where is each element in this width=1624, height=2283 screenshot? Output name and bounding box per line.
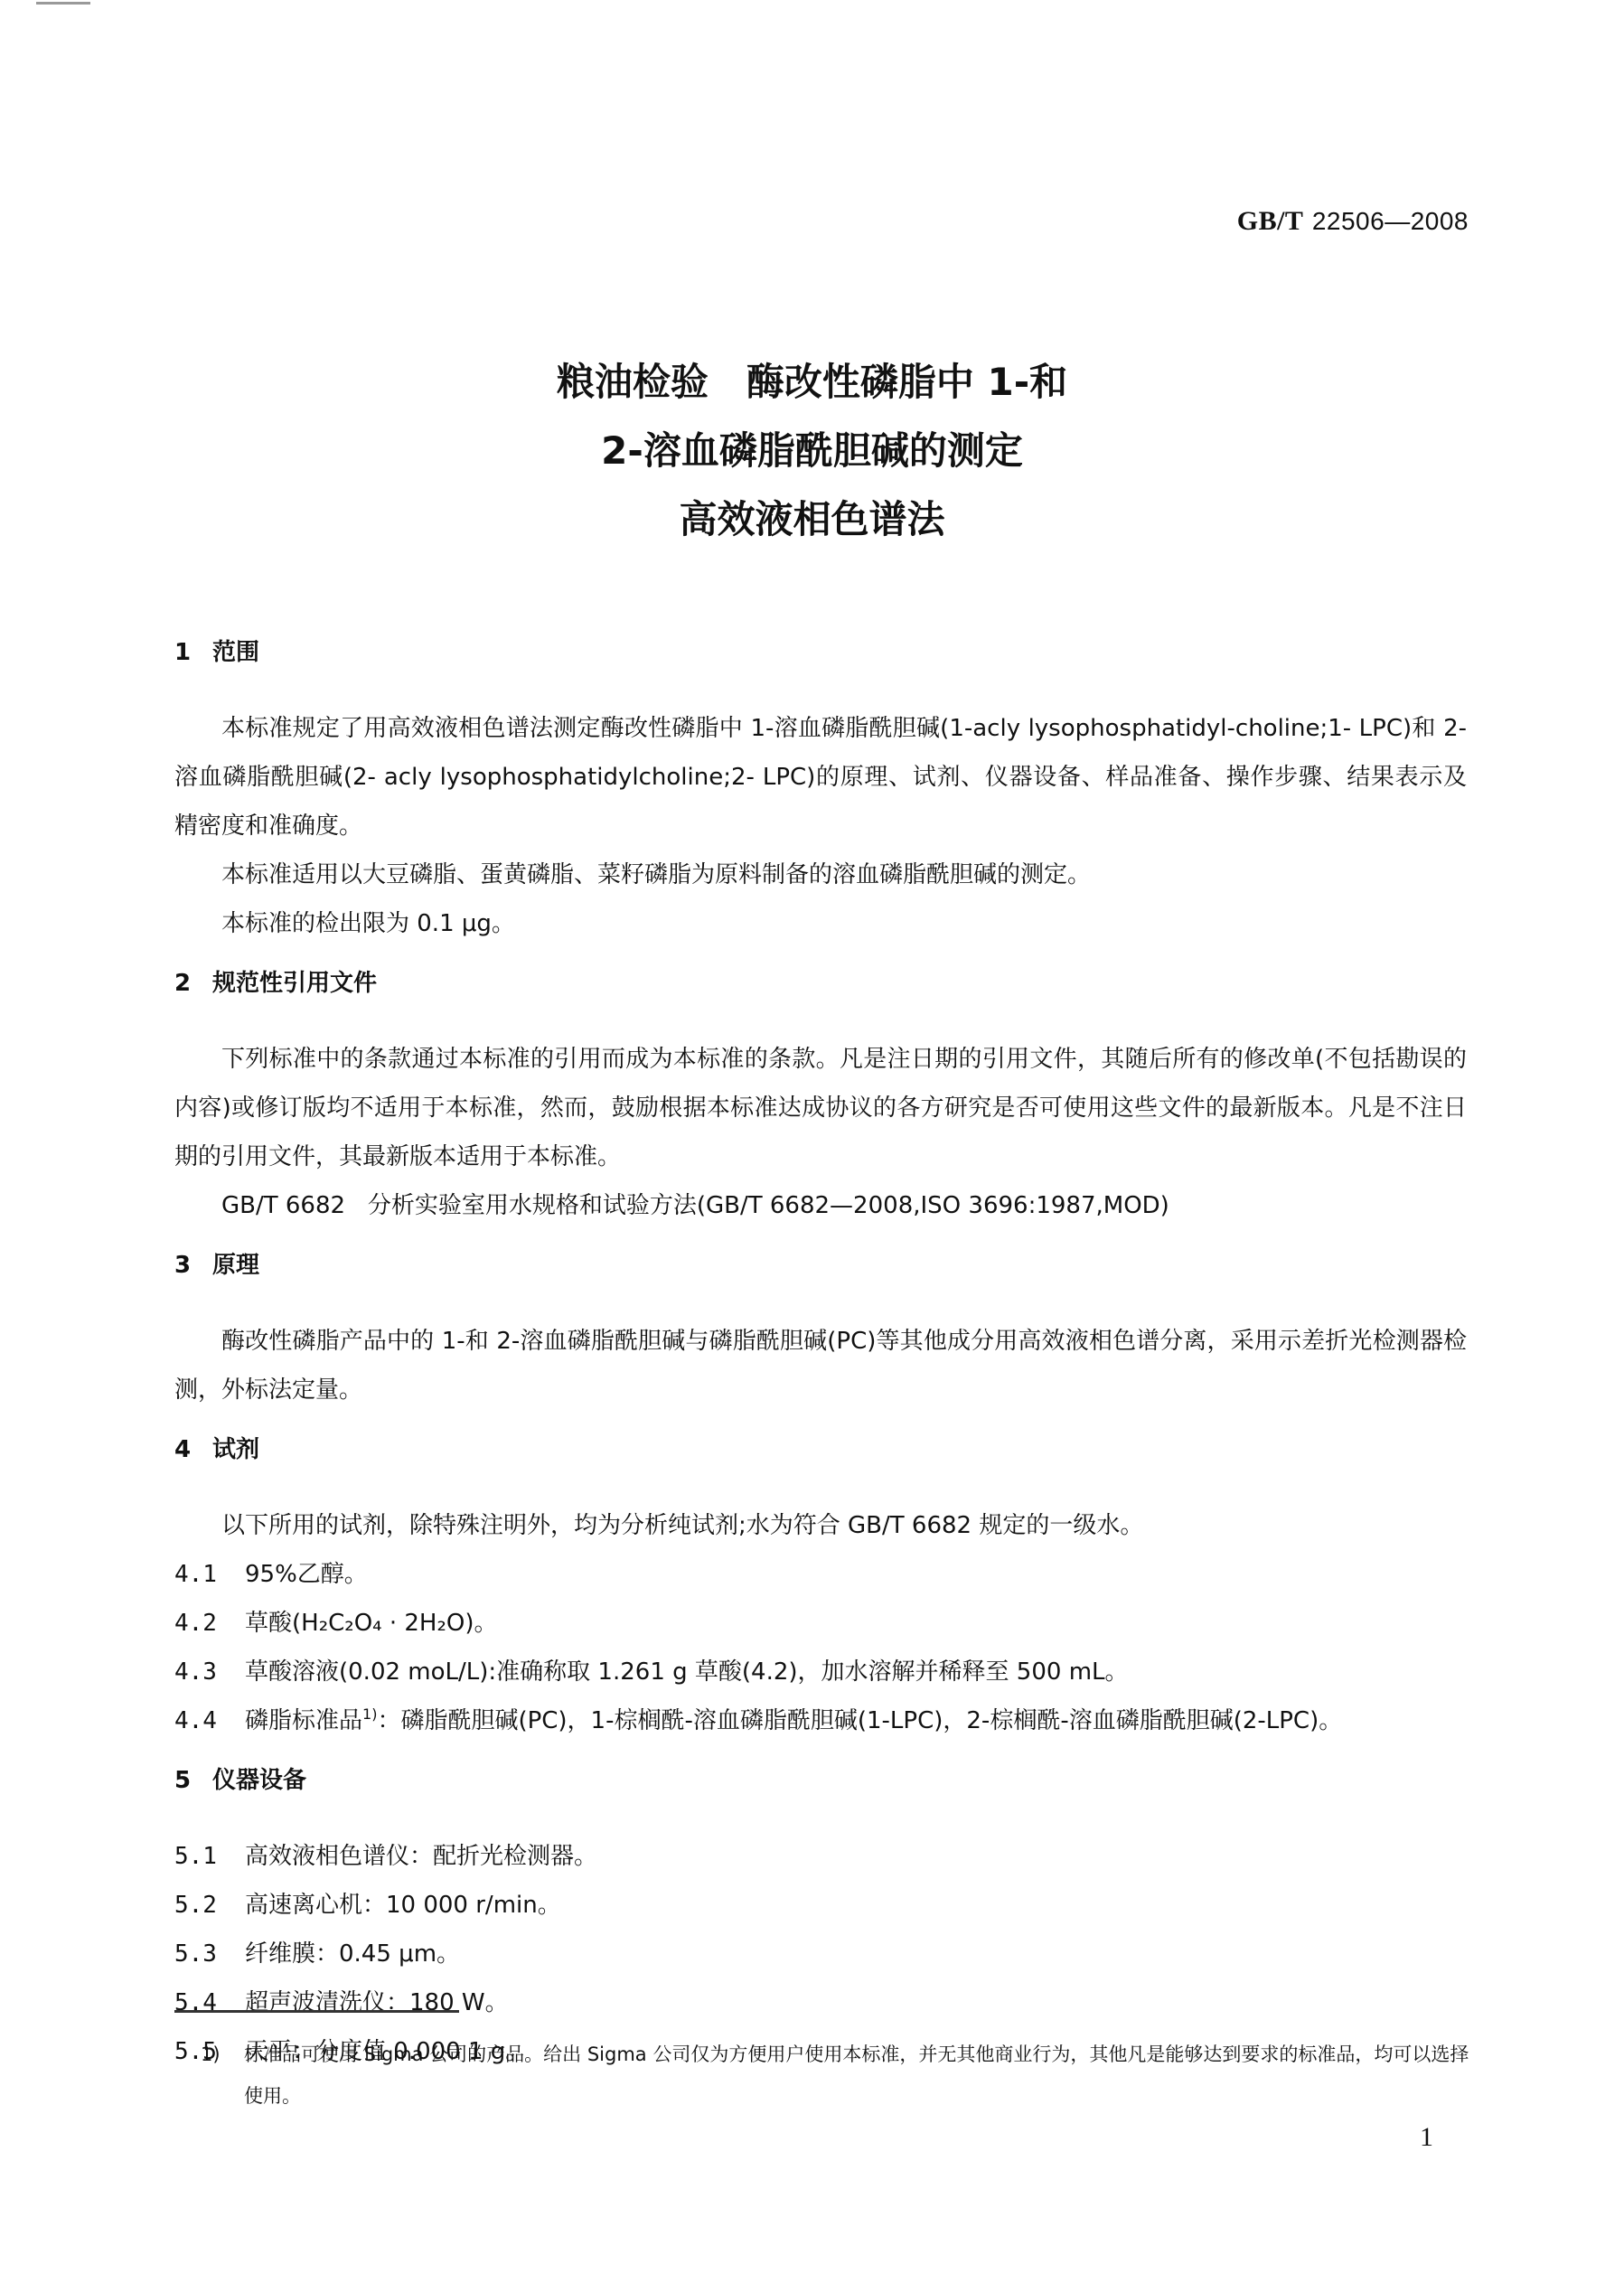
section-number: 2 bbox=[174, 959, 212, 1008]
section-heading-reagents: 4试剂 bbox=[174, 1425, 1467, 1474]
section-heading-apparatus: 5仪器设备 bbox=[174, 1756, 1467, 1805]
section-title: 试剂 bbox=[212, 1436, 259, 1463]
footnote-text: 标准品可使用 Sigma 公司的产品。给出 Sigma 公司仅为方便用户使用本标… bbox=[244, 2043, 1469, 2107]
paragraph: 以下所用的试剂，除特殊注明外，均为分析纯试剂;水为符合 GB/T 6682 规定… bbox=[174, 1501, 1467, 1550]
page-number: 1 bbox=[1420, 2122, 1433, 2153]
list-item: 4.4磷脂标准品1)：磷脂酰胆碱(PC)，1-棕榈酰-溶血磷脂酰胆碱(1-LPC… bbox=[174, 1696, 1467, 1745]
section-heading-principle: 3原理 bbox=[174, 1241, 1467, 1290]
standard-code: GB/T bbox=[1237, 206, 1304, 236]
footnote: 1) 标准品可使用 Sigma 公司的产品。给出 Sigma 公司仅为方便用户使… bbox=[244, 2034, 1473, 2117]
section-title: 范围 bbox=[212, 639, 259, 666]
reference-title: 分析实验室用水规格和试验方法(GB/T 6682—2008,ISO 3696:1… bbox=[368, 1192, 1169, 1219]
item-number: 4.1 bbox=[174, 1550, 245, 1599]
section-number: 3 bbox=[174, 1241, 212, 1290]
item-text: 高效液相色谱仪：配折光检测器。 bbox=[245, 1843, 597, 1870]
item-number: 4.2 bbox=[174, 1599, 245, 1648]
list-item: 4.195%乙醇。 bbox=[174, 1550, 1467, 1599]
reference-code: GB/T 6682 bbox=[221, 1192, 345, 1219]
paragraph: 下列标准中的条款通过本标准的引用而成为本标准的条款。凡是注日期的引用文件，其随后… bbox=[174, 1035, 1467, 1181]
item-text: ：磷脂酰胆碱(PC)，1-棕榈酰-溶血磷脂酰胆碱(1-LPC)，2-棕榈酰-溶血… bbox=[377, 1707, 1342, 1734]
item-text: 纤维膜：0.45 μm。 bbox=[245, 1940, 460, 1968]
section-number: 1 bbox=[174, 628, 212, 677]
footnote-divider bbox=[174, 2010, 459, 2013]
item-label: 磷脂标准品 bbox=[245, 1707, 362, 1734]
paragraph: 本标准适用以大豆磷脂、蛋黄磷脂、菜籽磷脂为原料制备的溶血磷脂酰胆碱的测定。 bbox=[174, 850, 1467, 899]
item-text: 95%乙醇。 bbox=[245, 1561, 368, 1588]
item-text: 草酸(H₂C₂O₄ · 2H₂O)。 bbox=[245, 1610, 498, 1637]
standard-number-value: 22506—2008 bbox=[1312, 207, 1469, 235]
section-title: 规范性引用文件 bbox=[212, 970, 377, 997]
list-item: 5.3纤维膜：0.45 μm。 bbox=[174, 1930, 1467, 1978]
list-item: 4.3草酸溶液(0.02 moL/L):准确称取 1.261 g 草酸(4.2)… bbox=[174, 1648, 1467, 1696]
list-item: 4.2草酸(H₂C₂O₄ · 2H₂O)。 bbox=[174, 1599, 1467, 1648]
section-title: 原理 bbox=[212, 1252, 259, 1279]
title-line-3: 高效液相色谱法 bbox=[0, 485, 1624, 554]
title-line-1: 粮油检验 酶改性磷脂中 1-和 bbox=[0, 348, 1624, 417]
item-number: 4.4 bbox=[174, 1696, 245, 1745]
title-line-2: 2-溶血磷脂酰胆碱的测定 bbox=[0, 417, 1624, 485]
list-item: 5.2高速离心机：10 000 r/min。 bbox=[174, 1881, 1467, 1930]
item-number: 5.2 bbox=[174, 1881, 245, 1930]
list-item: 5.1高效液相色谱仪：配折光检测器。 bbox=[174, 1832, 1467, 1881]
item-number: 5.4 bbox=[174, 1978, 245, 2027]
paragraph: 本标准规定了用高效液相色谱法测定酶改性磷脂中 1-溶血磷脂酰胆碱(1-acly … bbox=[174, 704, 1467, 850]
section-heading-normative-references: 2规范性引用文件 bbox=[174, 959, 1467, 1008]
standard-number: GB/T 22506—2008 bbox=[1237, 206, 1469, 237]
section-title: 仪器设备 bbox=[212, 1767, 306, 1794]
item-number: 4.3 bbox=[174, 1648, 245, 1696]
section-number: 5 bbox=[174, 1756, 212, 1805]
scan-artifact bbox=[36, 2, 90, 5]
footnote-reference[interactable]: 1) bbox=[362, 1705, 377, 1723]
item-text: 草酸溶液(0.02 moL/L):准确称取 1.261 g 草酸(4.2)，加水… bbox=[245, 1658, 1129, 1686]
section-number: 4 bbox=[174, 1425, 212, 1474]
document-title: 粮油检验 酶改性磷脂中 1-和 2-溶血磷脂酰胆碱的测定 高效液相色谱法 bbox=[0, 348, 1624, 554]
item-number: 5.3 bbox=[174, 1930, 245, 1978]
reference-entry: GB/T 6682 分析实验室用水规格和试验方法(GB/T 6682—2008,… bbox=[174, 1181, 1467, 1230]
document-body: 1范围 本标准规定了用高效液相色谱法测定酶改性磷脂中 1-溶血磷脂酰胆碱(1-a… bbox=[174, 628, 1467, 2076]
item-text: 高速离心机：10 000 r/min。 bbox=[245, 1892, 561, 1919]
item-number: 5.1 bbox=[174, 1832, 245, 1881]
paragraph: 本标准的检出限为 0.1 μg。 bbox=[174, 899, 1467, 948]
footnote-mark: 1) bbox=[201, 2034, 221, 2075]
list-item: 5.4超声波清洗仪：180 W。 bbox=[174, 1978, 1467, 2027]
section-heading-scope: 1范围 bbox=[174, 628, 1467, 677]
paragraph: 酶改性磷脂产品中的 1-和 2-溶血磷脂酰胆碱与磷脂酰胆碱(PC)等其他成分用高… bbox=[174, 1317, 1467, 1414]
